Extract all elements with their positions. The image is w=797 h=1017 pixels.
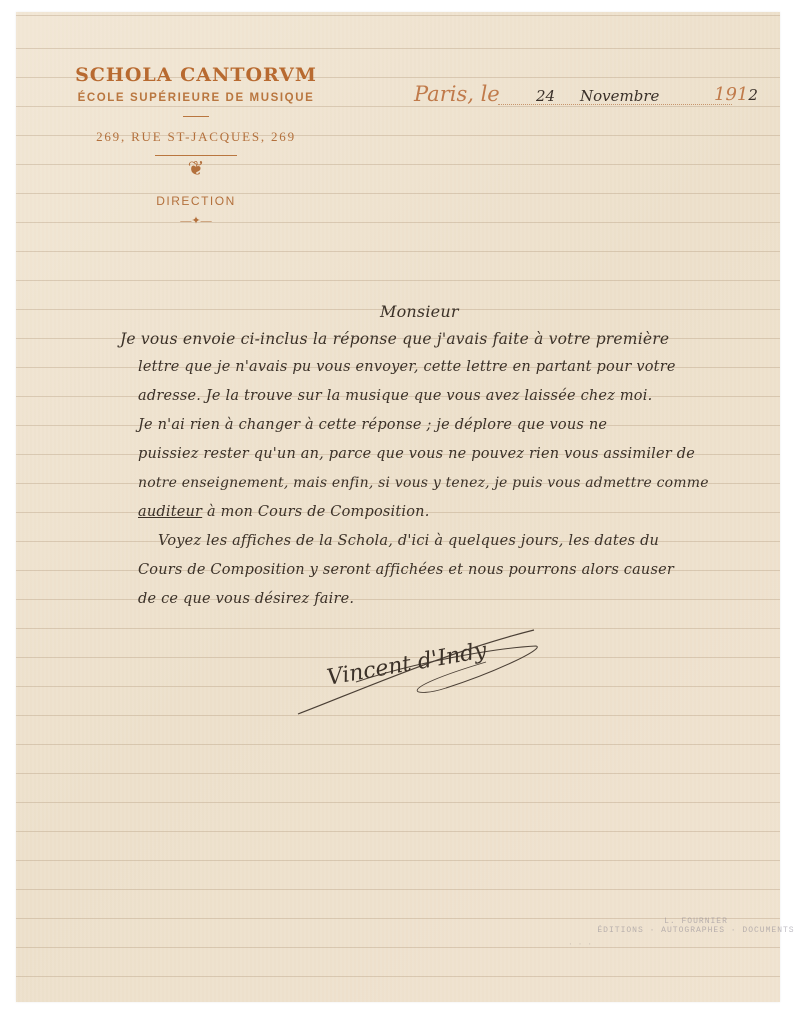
letter-paper: SCHOLA CANTORVM ÉCOLE SUPÉRIEURE DE MUSI… bbox=[16, 12, 780, 1002]
letter-line: notre enseignement, mais enfin, si vous … bbox=[138, 475, 709, 491]
letter-line: Voyez les affiches de la Schola, d'ici à… bbox=[158, 533, 659, 549]
letter-line: Je n'ai rien à changer à cette réponse ;… bbox=[138, 417, 607, 433]
date-place: Paris, le bbox=[414, 82, 500, 106]
faint-marking: · · · bbox=[568, 940, 592, 949]
underlined-word: auditeur bbox=[138, 504, 202, 520]
school-address: 269, RUE ST-JACQUES, 269 bbox=[66, 129, 326, 145]
letterhead-rule bbox=[155, 155, 237, 156]
letterhead: SCHOLA CANTORVM ÉCOLE SUPÉRIEURE DE MUSI… bbox=[66, 64, 326, 227]
small-ornament-icon: —✦— bbox=[66, 214, 326, 227]
department-label: DIRECTION bbox=[66, 194, 326, 208]
date-year: 1912 bbox=[714, 84, 758, 105]
letter-line: de ce que vous désirez faire. bbox=[138, 591, 354, 607]
date-month: Novembre bbox=[580, 87, 659, 105]
stamp-line-1: L. FOURNIER bbox=[596, 917, 796, 926]
dealer-stamp: L. FOURNIER ÉDITIONS · AUTOGRAPHES · DOC… bbox=[596, 917, 796, 935]
fleuron-ornament-icon: ❦ bbox=[66, 158, 326, 180]
letter-line: puissiez rester qu'un an, parce que vous… bbox=[138, 446, 695, 462]
date-day: 24 bbox=[536, 87, 555, 105]
school-subtitle: ÉCOLE SUPÉRIEURE DE MUSIQUE bbox=[66, 92, 326, 104]
letter-line: lettre que je n'avais pu vous envoyer, c… bbox=[138, 359, 676, 375]
stamp-line-2: ÉDITIONS · AUTOGRAPHES · DOCUMENTS bbox=[596, 926, 796, 935]
letterhead-divider bbox=[183, 116, 209, 117]
dateline: Paris, le 24 Novembre 1912 bbox=[414, 82, 784, 112]
letter-line: Cours de Composition y seront affichées … bbox=[138, 562, 674, 578]
date-year-printed: 191 bbox=[714, 84, 748, 105]
letter-line: adresse. Je la trouve sur la musique que… bbox=[138, 388, 652, 404]
date-year-written: 2 bbox=[748, 86, 758, 104]
signature: Vincent d'Indy bbox=[296, 622, 556, 722]
letter-line: auditeur à mon Cours de Composition. bbox=[138, 504, 430, 520]
school-name: SCHOLA CANTORVM bbox=[66, 64, 326, 86]
letter-line: Je vous envoie ci-inclus la réponse que … bbox=[120, 330, 669, 348]
letter-line-text: à mon Cours de Composition. bbox=[207, 504, 430, 520]
salutation: Monsieur bbox=[380, 302, 459, 321]
